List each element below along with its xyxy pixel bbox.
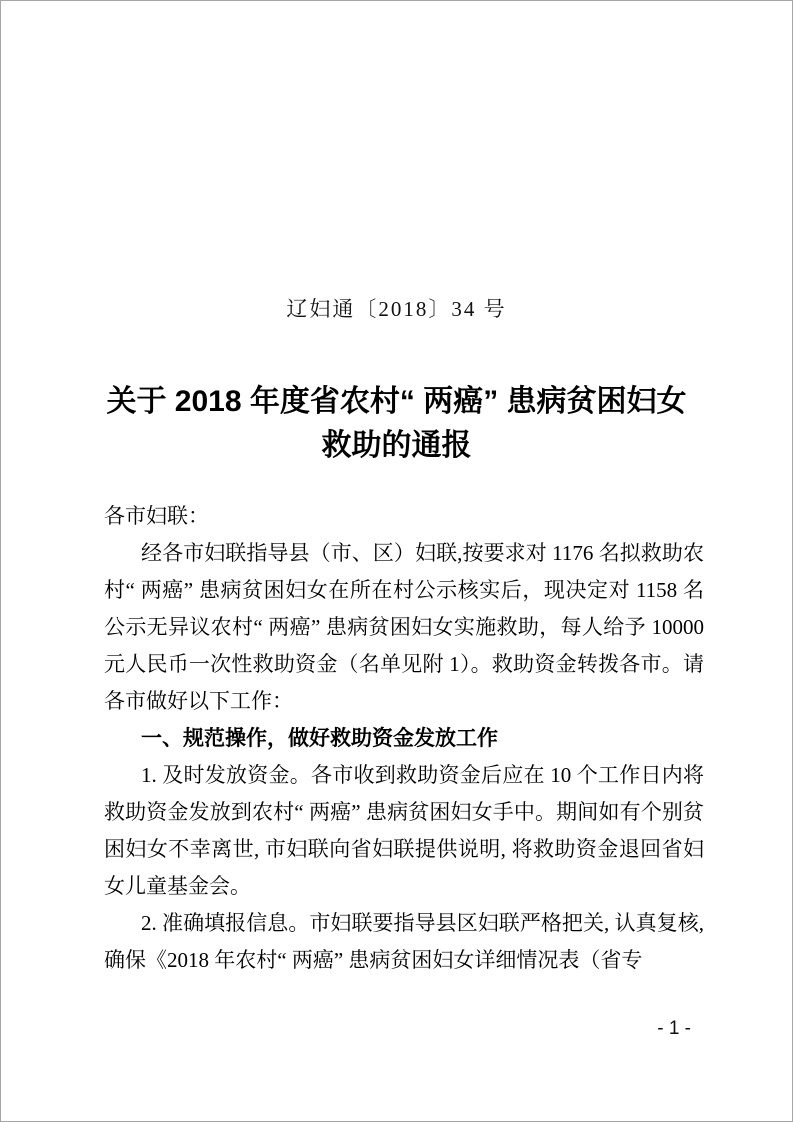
title-line-2: 救助的通报: [322, 429, 472, 462]
title-line-1: 关于 2018 年度省农村“ 两癌” 患病贫困妇女: [106, 385, 686, 418]
document-page: 辽妇通〔2018〕34 号 关于 2018 年度省农村“ 两癌” 患病贫困妇女救…: [0, 0, 793, 1122]
document-title: 关于 2018 年度省农村“ 两癌” 患病贫困妇女救助的通报: [61, 380, 732, 468]
paragraph-item-1: 1. 及时发放资金。各市收到救助资金后应在 10 个工作日内将救助资金发放到农村…: [104, 757, 704, 905]
page-number: - 1 -: [657, 1017, 691, 1041]
section-heading-1: 一、规范操作，做好救助资金发放工作: [104, 720, 704, 757]
salutation: 各市妇联：: [104, 498, 704, 535]
doc-number: 辽妇通〔2018〕34 号: [1, 291, 792, 328]
document-body: 各市妇联： 经各市妇联指导县（市、区）妇联,按要求对 1176 名拟救助农村“ …: [104, 498, 704, 979]
paragraph-item-2: 2. 准确填报信息。市妇联要指导县区妇联严格把关, 认真复核, 确保《2018 …: [104, 905, 704, 979]
paragraph-intro: 经各市妇联指导县（市、区）妇联,按要求对 1176 名拟救助农村“ 两癌” 患病…: [104, 535, 704, 720]
